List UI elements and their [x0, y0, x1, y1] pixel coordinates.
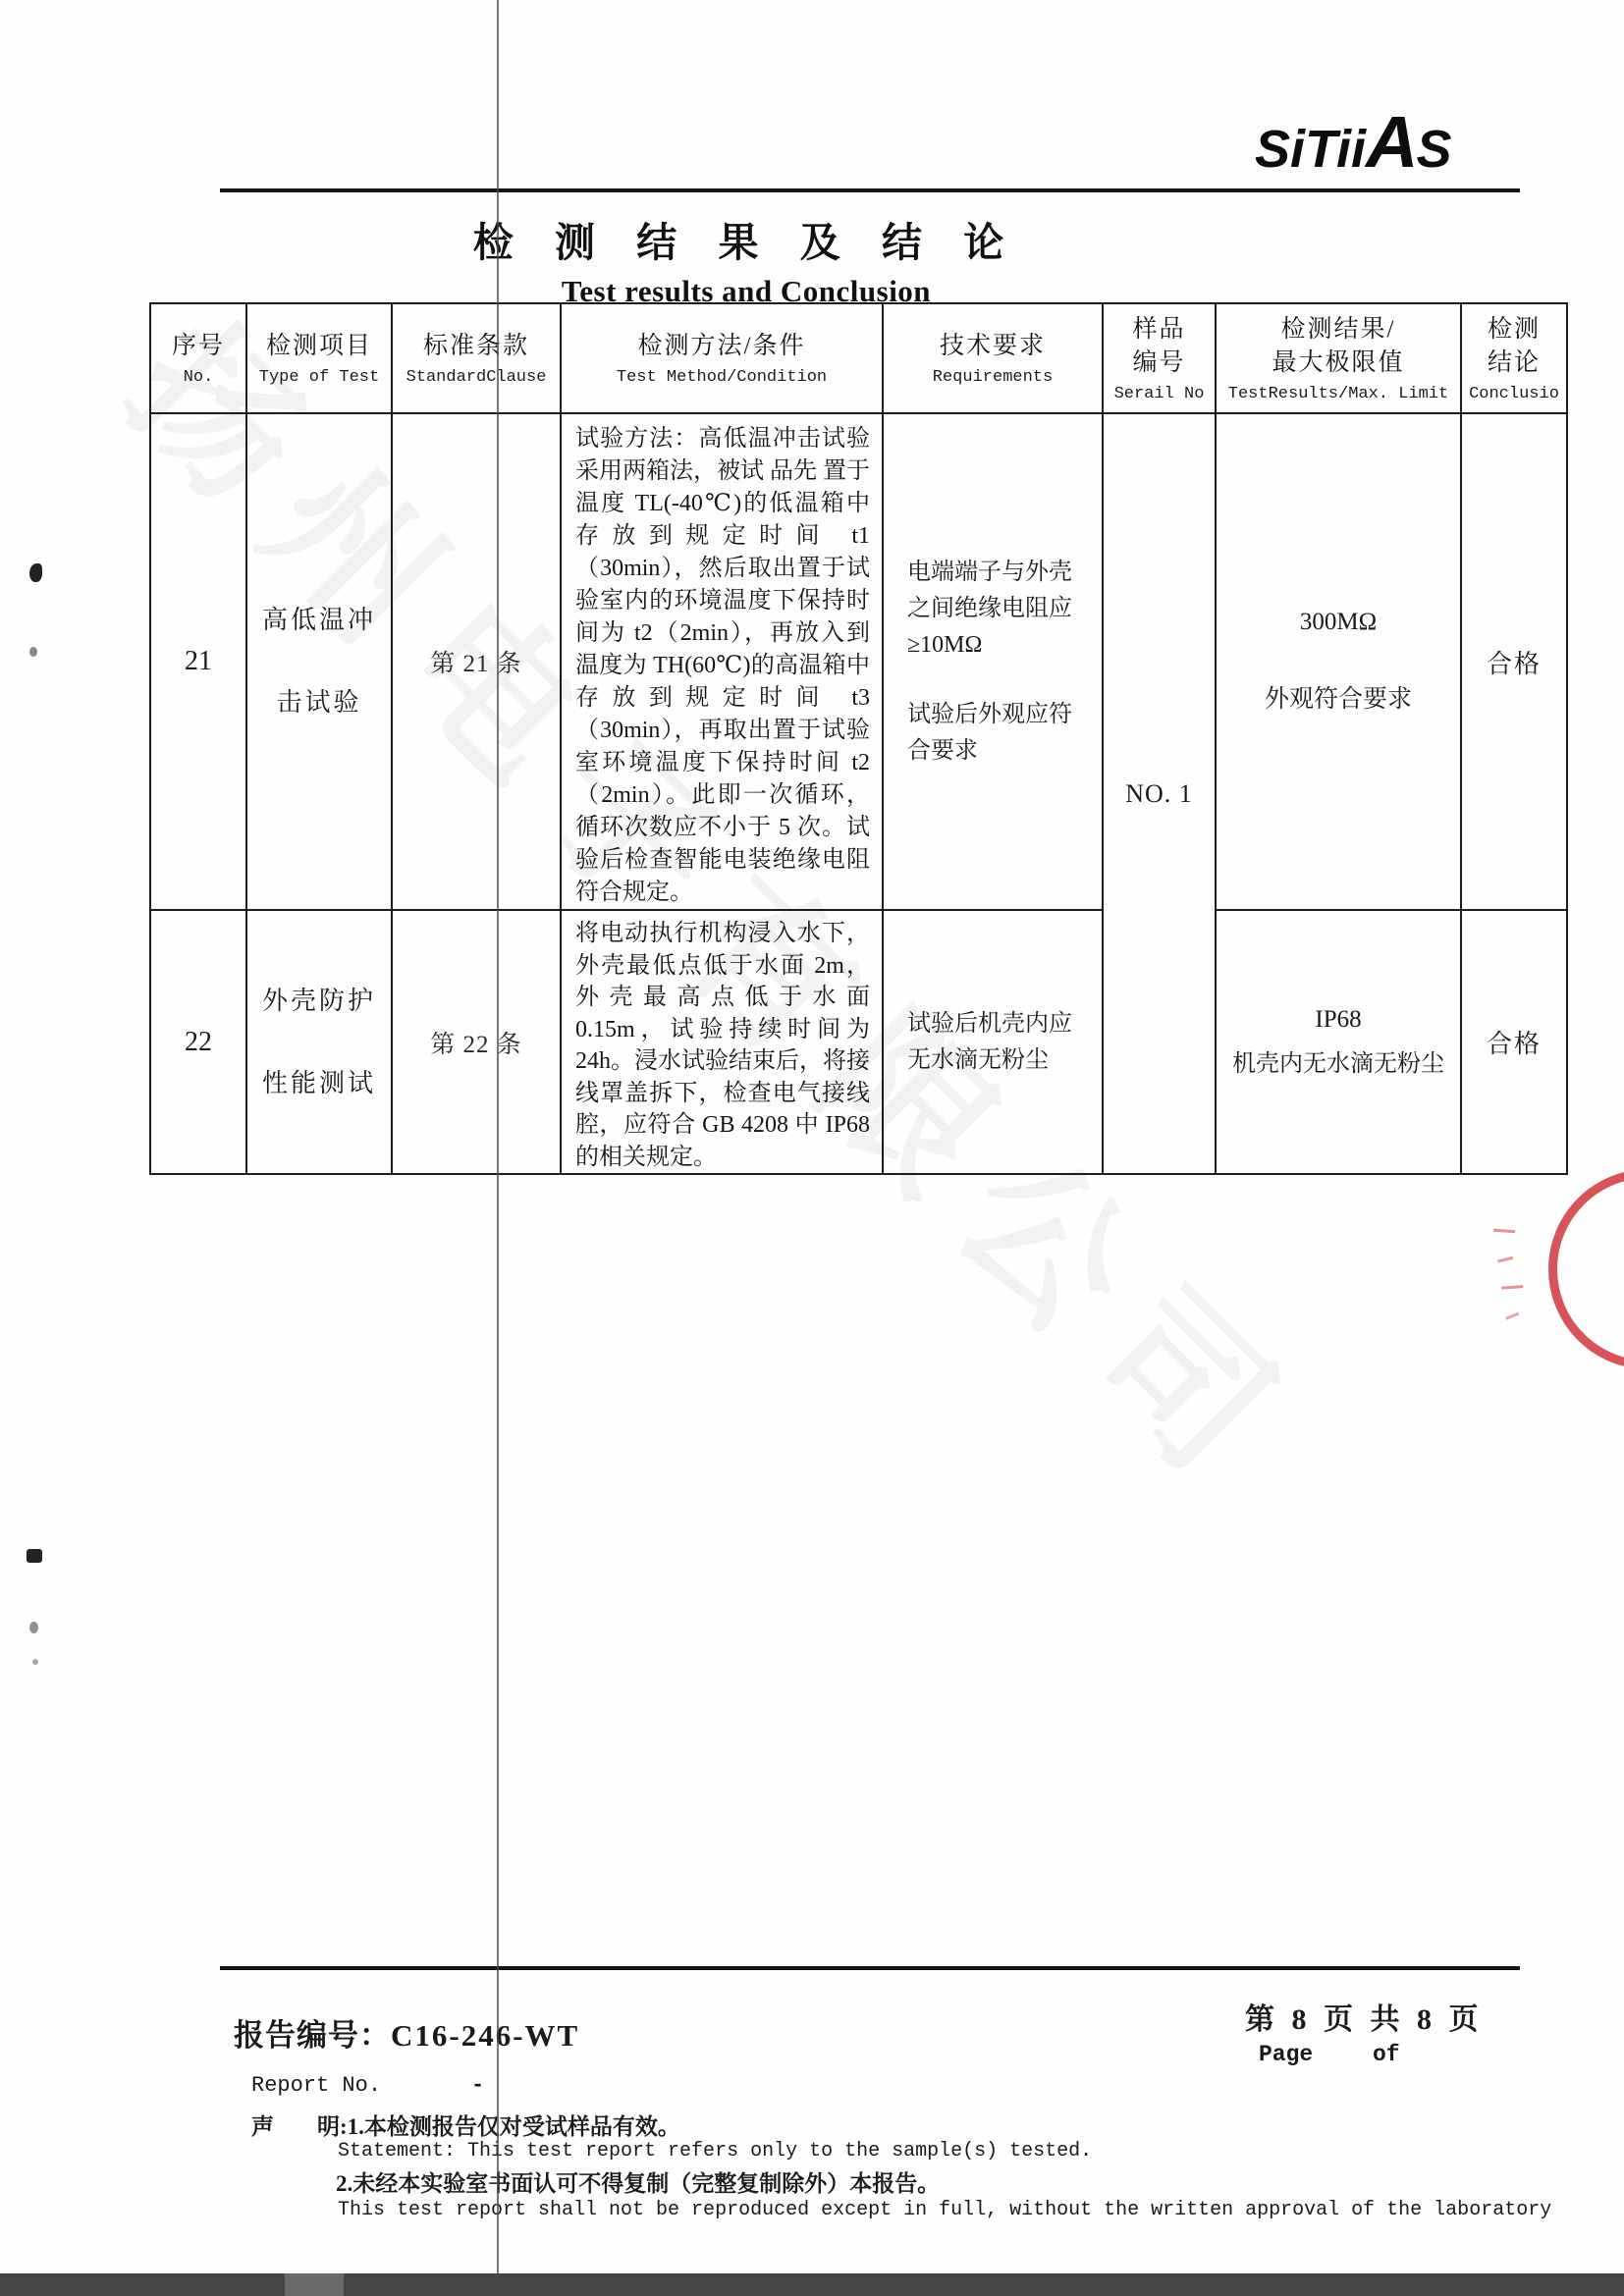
header-test-results: 检测结果/ 最大极限值TestResults/Max. Limit [1216, 303, 1461, 413]
row21-no: 21 [150, 413, 246, 910]
report-number-en-value: - [471, 2073, 484, 2098]
scan-fold-line [497, 0, 499, 2275]
document-page: 扬州电子有限公司 SiTiiAS 检 测 结 果 及 结 论 Test resu… [0, 0, 1624, 2296]
sitiias-logo: SiTiiAS [1255, 100, 1452, 184]
report-number-label: 报告编号： [234, 2018, 391, 2053]
page-title-en: Test results and Conclusion [93, 274, 1399, 309]
scan-speck [32, 1659, 38, 1665]
header-conclusion: 检测 结论Conclusio [1461, 303, 1567, 413]
statement-label-1: 声 [251, 2114, 274, 2139]
row21-clause: 第 21 条 [392, 413, 561, 910]
row21-method: 试验方法：高低温冲击试验采用两箱法，被试 品先 置于温度 TL(-40℃)的低温… [561, 413, 883, 910]
header-divider-rule [220, 188, 1520, 192]
statement-1-en: Statement: This test report refers only … [338, 2140, 1092, 2163]
scan-speck [29, 1622, 38, 1633]
statement-line-1: 声明: 1.本检测报告仅对受试样品有效。 [251, 2109, 680, 2141]
statement-label-2: 明: [317, 2109, 348, 2141]
row21-conclusion: 合格 [1461, 413, 1567, 910]
table-row-21: 21 高低温冲 击试验 第 21 条 试验方法：高低温冲击试验采用两箱法，被试 … [150, 413, 1567, 910]
row22-result: IP68 机壳内无水滴无粉尘 [1216, 910, 1461, 1174]
row22-clause: 第 22 条 [392, 910, 561, 1174]
logo-text: SiTii [1255, 120, 1366, 179]
scan-speck [29, 563, 42, 582]
header-type-of-test: 检测项目Type of Test [246, 303, 392, 413]
header-no: 序号No. [150, 303, 246, 413]
scan-speck [27, 1549, 42, 1563]
report-number-value: C16-246-WT [391, 2018, 579, 2053]
table-header-row: 序号No. 检测项目Type of Test 标准条款StandardClaus… [150, 303, 1567, 413]
row22-conclusion: 合格 [1461, 910, 1567, 1174]
statement-2-cn: 2.未经本实验室书面认可不得复制（完整复制除外）本报告。 [336, 2165, 940, 2198]
sample-serial-no: NO. 1 [1103, 413, 1216, 1174]
red-seal-stamp [1548, 1169, 1624, 1369]
header-standard-clause: 标准条款StandardClause [392, 303, 561, 413]
footer-divider-rule [220, 1966, 1520, 1970]
header-test-method: 检测方法/条件Test Method/Condition [561, 303, 883, 413]
report-number-line-en: Report No.- [251, 2073, 484, 2098]
scan-bottom-edge [0, 2273, 1624, 2296]
row22-no: 22 [150, 910, 246, 1174]
row21-requirements: 电端端子与外壳之间绝缘电阻应≥10MΩ 试验后外观应符合要求 [883, 413, 1103, 910]
row22-test-type: 外壳防护 性能测试 [246, 910, 392, 1174]
title-block: 检 测 结 果 及 结 论 Test results and Conclusio… [93, 210, 1399, 309]
logo-text-s: S [1417, 120, 1452, 179]
report-number-line: 报告编号：C16-246-WT [234, 2010, 579, 2055]
scan-speck [29, 647, 37, 657]
logo-text-a: A [1366, 101, 1416, 183]
row21-result: 300MΩ 外观符合要求 [1216, 413, 1461, 910]
statement-1-cn: 1.本检测报告仅对受试样品有效。 [348, 2114, 680, 2139]
row22-requirements: 试验后机壳内应无水滴无粉尘 [883, 910, 1103, 1174]
header-serial-no: 样品 编号Serail No [1103, 303, 1216, 413]
page-number-en-page: Page [1259, 2042, 1313, 2067]
page-title-cn: 检 测 结 果 及 结 论 [93, 210, 1399, 268]
page-number-cn: 第 8 页 共 8 页 [1245, 1995, 1484, 2038]
statement-2-en: This test report shall not be reproduced… [338, 2199, 1551, 2221]
page-number-en-of: of [1373, 2042, 1400, 2067]
row21-test-type: 高低温冲 击试验 [246, 413, 392, 910]
header-requirements: 技术要求Requirements [883, 303, 1103, 413]
test-results-table: 序号No. 检测项目Type of Test 标准条款StandardClaus… [149, 302, 1568, 1175]
table-row-22: 22 外壳防护 性能测试 第 22 条 将电动执行机构浸入水下，外壳最低点低于水… [150, 910, 1567, 1174]
row22-method: 将电动执行机构浸入水下，外壳最低点低于水面 2m，外壳最高点低于水面 0.15m… [561, 910, 883, 1174]
red-seal-marks [1491, 1214, 1531, 1344]
